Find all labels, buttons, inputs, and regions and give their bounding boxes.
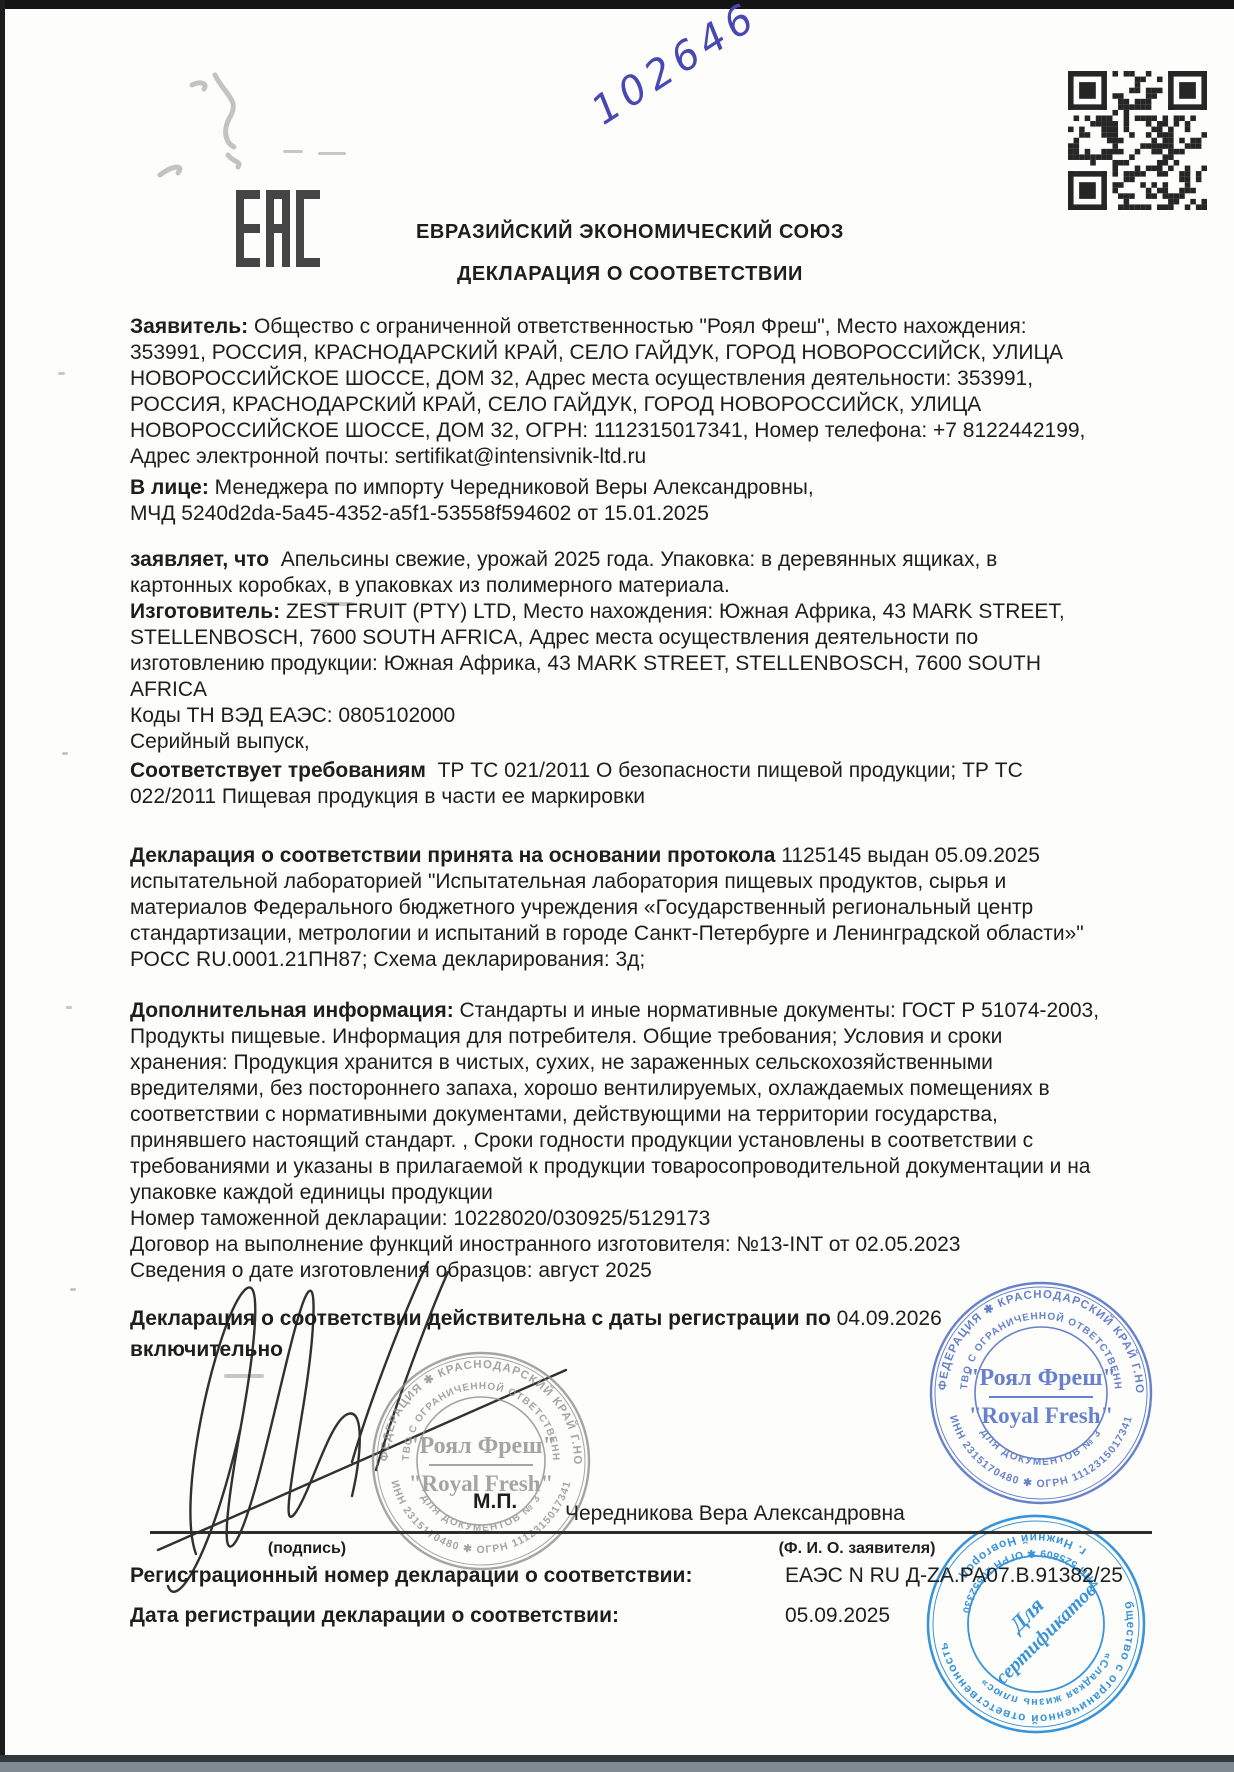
scan-speck	[66, 1006, 72, 1009]
scan-speck	[318, 152, 346, 155]
reg-number-value: ЕАЭС N RU Д-ZA.РА07.В.91382/25	[785, 1564, 1123, 1588]
text-line: принявшего настоящий стандарт. , Сроки г…	[130, 1128, 1134, 1154]
text-line: 022/2011 Пищевая продукция в части ее ма…	[130, 784, 1134, 810]
scan-speck	[62, 752, 68, 755]
scan-speck	[58, 372, 65, 375]
scan-left-edge	[0, 0, 5, 1772]
text-line: испытательной лабораторией "Испытательна…	[130, 869, 1134, 895]
reg-date-label: Дата регистрации декларации о соответств…	[130, 1604, 619, 1628]
text-line: требованиями и указаны в прилагаемой к п…	[130, 1154, 1134, 1180]
union-title: ЕВРАЗИЙСКИЙ ЭКОНОМИЧЕСКИЙ СОЮЗ	[130, 221, 1130, 244]
royal-fresh-stamp-gray: РОССИЙСКАЯ ФЕДЕРАЦИЯ ✱ КРАСНОДАРСКИЙ КРА…	[370, 1350, 592, 1572]
certificates-stamp-blue: Общество с ограниченной ответственностью…	[924, 1512, 1148, 1736]
svg-text:"Роял Фреш": "Роял Фреш"	[406, 1433, 556, 1459]
text-line: РОССИЯ, КРАСНОДАРСКИЙ КРАЙ, СЕЛО ГАЙДУК,…	[130, 392, 1134, 418]
text-line: STELLENBOSCH, 7600 SOUTH AFRICA, Адрес м…	[130, 625, 1134, 651]
text-line: вредителями, без постороннего запаха, хо…	[130, 1076, 1134, 1102]
text-line: Номер таможенной декларации: 10228020/03…	[130, 1206, 1134, 1232]
applicant-name: Чередникова Вера Александровна	[565, 1502, 905, 1526]
paragraph: заявляет, что Апельсины свежие, урожай 2…	[130, 547, 1134, 755]
scan-bottom-line	[0, 1755, 1234, 1762]
signature-caption: (подпись)	[268, 1540, 346, 1558]
text-line: упаковке каждой единицы продукции	[130, 1180, 1134, 1206]
text-line: Дополнительная информация: Стандарты и и…	[130, 998, 1134, 1024]
text-line: МЧД 5240d2da-5a45-4352-a5f1-53558f594602…	[130, 501, 1134, 527]
text-line: изготовлению продукции: Южная Африка, 43…	[130, 651, 1134, 677]
text-line: стандартизации, метрологии и испытаний в…	[130, 921, 1134, 947]
text-line: В лице: Менеджера по импорту Чередниково…	[130, 475, 1134, 501]
text-line: соответствии с нормативными документами,…	[130, 1102, 1134, 1128]
text-line: материалов Федерального бюджетного учреж…	[130, 895, 1134, 921]
svg-text:ДЛЯ ДОКУМЕНТОВ № 3: ДЛЯ ДОКУМЕНТОВ № 3	[978, 1427, 1104, 1468]
royal-fresh-stamp-blue: РОССИЙСКАЯ ФЕДЕРАЦИЯ ✱ КРАСНОДАРСКИЙ КРА…	[928, 1280, 1154, 1506]
text-line: Соответствует требованиям ТР ТС 021/2011…	[130, 758, 1134, 784]
document-page: 102646 ЕВРАЗИЙСКИЙ ЭКОНОМИЧЕСКИЙ СОЮЗ ДЕ…	[0, 0, 1234, 1772]
text-line: Заявитель: Общество с ограниченной ответ…	[130, 314, 1134, 340]
reg-number-label: Регистрационный номер декларации о соотв…	[130, 1564, 692, 1588]
text-line: Декларация о соответствии принята на осн…	[130, 843, 1134, 869]
svg-text:"Роял Фреш": "Роял Фреш"	[966, 1365, 1116, 1391]
paragraph: В лице: Менеджера по импорту Чередниково…	[130, 475, 1134, 527]
svg-text:"Royal Fresh": "Royal Fresh"	[969, 1403, 1114, 1428]
doc-title: ДЕКЛАРАЦИЯ О СООТВЕТСТВИИ	[130, 263, 1130, 286]
text-line: заявляет, что Апельсины свежие, урожай 2…	[130, 547, 1134, 573]
name-caption: (Ф. И. О. заявителя)	[779, 1540, 936, 1558]
reg-date-value: 05.09.2025	[785, 1604, 890, 1628]
text-line: хранения: Продукция хранится в чистых, с…	[130, 1050, 1134, 1076]
signature-rule	[150, 1531, 1152, 1534]
text-line: Коды ТН ВЭД ЕАЭС: 0805102000	[130, 703, 1134, 729]
seal-place-label: М.П.	[473, 1490, 517, 1514]
text-line: Адрес электронной почты: sertifikat@inte…	[130, 444, 1134, 470]
paragraph: Соответствует требованиям ТР ТС 021/2011…	[130, 758, 1134, 810]
scan-bottom-strip	[0, 1762, 1234, 1772]
text-line: Продукты пищевые. Информация для потреби…	[130, 1024, 1134, 1050]
paragraph: Декларация о соответствии принята на осн…	[130, 843, 1134, 973]
text-line: 353991, РОССИЯ, КРАСНОДАРСКИЙ КРАЙ, СЕЛО…	[130, 340, 1134, 366]
scan-top-bar	[0, 0, 1234, 9]
handwritten-number: 102646	[583, 0, 766, 134]
qr-code	[1068, 71, 1207, 210]
text-line: Серийный выпуск,	[130, 729, 1134, 755]
text-line: НОВОРОССИЙСКОЕ ШОССЕ, ДОМ 32, ОГРН: 1112…	[130, 418, 1134, 444]
text-line: AFRICA	[130, 677, 1134, 703]
text-line: РОСС RU.0001.21ПН87; Схема декларировани…	[130, 947, 1134, 973]
text-line: картонных коробках, в упаковках из полим…	[130, 573, 1134, 599]
text-line: НОВОРОССИЙСКОЕ ШОССЕ, ДОМ 32, Адрес мест…	[130, 366, 1134, 392]
text-line: Изготовитель: ZEST FRUIT (PTY) LTD, Мест…	[130, 599, 1134, 625]
paragraph: Заявитель: Общество с ограниченной ответ…	[130, 314, 1134, 470]
scan-speck	[70, 1288, 76, 1291]
